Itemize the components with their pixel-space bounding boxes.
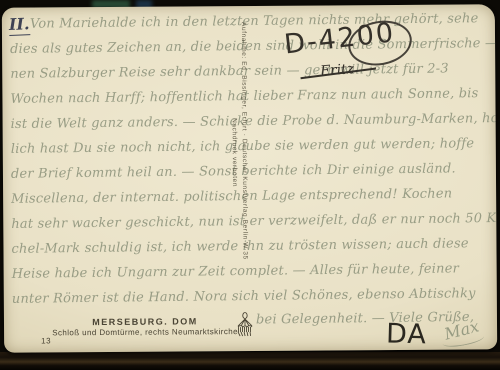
handwriting-line: ist die Welt ganz anders. — Schicke die … — [11, 111, 498, 132]
handwriting-line: Miscellena, der internat. politischen La… — [11, 186, 452, 206]
rights-imprint: Nachdruck verboten — [231, 118, 238, 187]
handwriting-line: chel-Mark schuldig ist, ich werde ihn zu… — [11, 236, 468, 257]
scan-table-edge — [0, 352, 500, 370]
handwriting-line: unter Römer ist die Hand. Nora sich viel… — [12, 286, 476, 307]
caption-subtitle: Schloß und Domtürme, rechts Neumarktskir… — [39, 327, 251, 337]
postcard-back: II. Von Mariehalde ich in den letzten Ta… — [2, 4, 497, 352]
caption-title: MERSEBURG. DOM — [39, 316, 251, 327]
handwriting-line: hat sehr wacker geschickt, nun ist er ve… — [11, 211, 497, 232]
handwriting-line: Von Mariehalde ich in den letzten Tagen … — [30, 11, 479, 31]
page-marker: II. — [8, 14, 29, 36]
ink-annotation: DA — [386, 318, 428, 350]
publisher-imprint: Aufnahme: Ed. Bissinger, Erfurt · Deutsc… — [240, 22, 249, 260]
printed-caption: MERSEBURG. DOM Schloß und Domtürme, rech… — [39, 316, 251, 337]
handwriting-line: Heise habe ich Ungarn zur Zeit complet. … — [12, 261, 460, 281]
card-number: 13 — [41, 336, 51, 345]
handwriting-line: dies als gutes Zeichen an, die beiden si… — [10, 36, 497, 57]
